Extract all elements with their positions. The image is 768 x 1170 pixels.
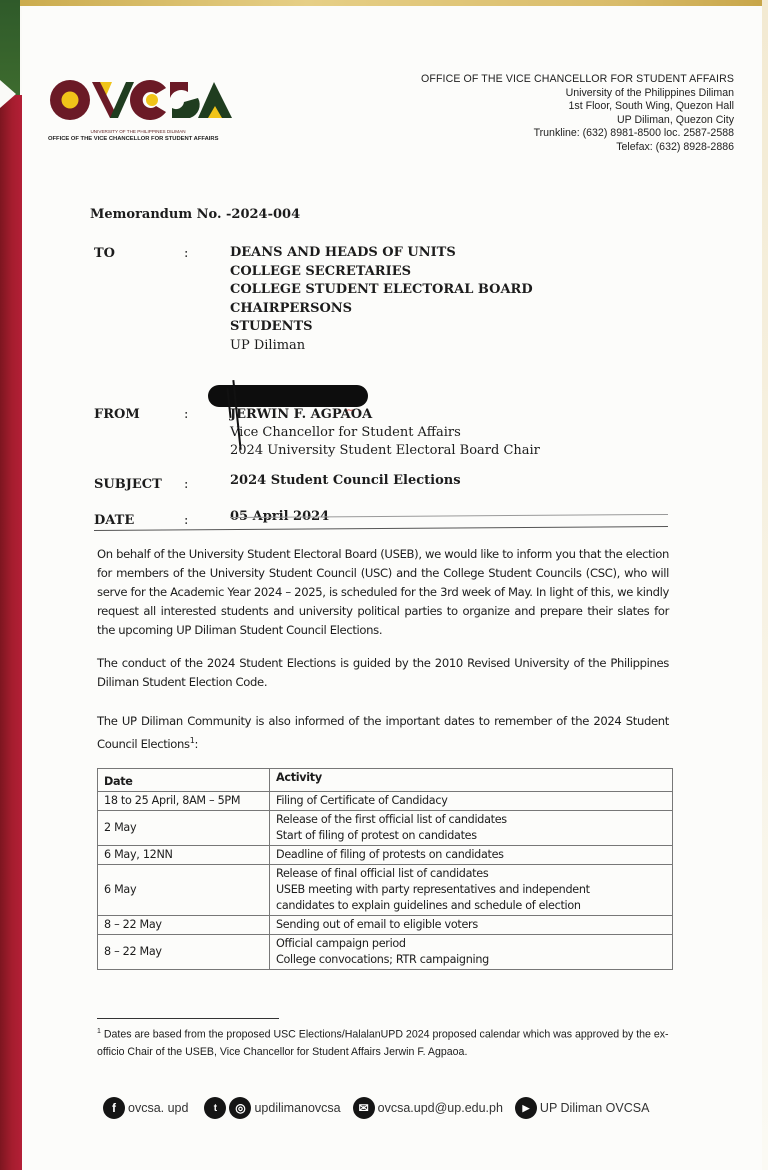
schedule-table: Date Activity 18 to 25 April, 8AM – 5PMF… <box>97 768 673 970</box>
table-row: 18 to 25 April, 8AM – 5PMFiling of Certi… <box>98 792 673 811</box>
cell-activity: Release of final official list of candid… <box>270 865 673 916</box>
paragraph-3-text: The UP Diliman Community is also informe… <box>97 714 669 751</box>
from-details: JERWIN F. AGPAOA Vice Chancellor for Stu… <box>230 406 540 460</box>
logo-office-text: OFFICE OF THE VICE CHANCELLOR FOR STUDEN… <box>48 136 238 142</box>
social-footer: f ovcsa. upd t ◎ updilimanovcsa ✉ ovcsa.… <box>103 1097 661 1119</box>
youtube-channel[interactable]: UP Diliman OVCSA <box>540 1101 650 1115</box>
letterhead-address2: UP Diliman, Quezon City <box>421 114 734 128</box>
letterhead-telefax: Telefax: (632) 8928-2886 <box>421 141 734 155</box>
to-label: TO <box>94 246 174 261</box>
table-row: 2 MayRelease of the first official list … <box>98 811 673 846</box>
youtube-icon[interactable]: ▶ <box>515 1097 537 1119</box>
cell-activity: Official campaign periodCollege convocat… <box>270 935 673 970</box>
table-row: 6 May, 12NNDeadline of filing of protest… <box>98 846 673 865</box>
table-row: 8 – 22 MaySending out of email to eligib… <box>98 916 673 935</box>
recipient: COLLEGE STUDENT ELECTORAL BOARD <box>230 281 533 300</box>
activity-line: Start of filing of protest on candidates <box>276 828 666 844</box>
header-date: Date <box>98 769 270 792</box>
activity-line: Release of the first official list of ca… <box>276 812 666 828</box>
to-recipients: DEANS AND HEADS OF UNITS COLLEGE SECRETA… <box>230 244 533 355</box>
from-title: Vice Chancellor for Student Affairs <box>230 424 540 442</box>
activity-line: Official campaign period <box>276 936 666 952</box>
activity-line: USEB meeting with party representatives … <box>276 882 666 898</box>
recipient: CHAIRPERSONS <box>230 300 533 319</box>
from-title: 2024 University Student Electoral Board … <box>230 442 540 460</box>
cell-activity: Deadline of filing of protests on candid… <box>270 846 673 865</box>
recipient: UP Diliman <box>230 337 533 356</box>
letterhead-trunkline: Trunkline: (632) 8981-8500 loc. 2587-258… <box>421 127 734 141</box>
twitter-icon[interactable]: t <box>204 1097 226 1119</box>
signature-redaction <box>208 385 368 407</box>
cell-date: 6 May <box>98 865 270 916</box>
logo-university-text: UNIVERSITY OF THE PHILIPPINES DILIMAN <box>48 129 228 134</box>
letterhead-address: OFFICE OF THE VICE CHANCELLOR FOR STUDEN… <box>421 73 734 155</box>
cell-date: 6 May, 12NN <box>98 846 270 865</box>
subject-value: 2024 Student Council Elections <box>230 472 461 491</box>
cell-date: 18 to 25 April, 8AM – 5PM <box>98 792 270 811</box>
border-strip-notch <box>0 80 16 108</box>
subject-colon: : <box>184 477 188 492</box>
activity-line: candidates to explain guidelines and sch… <box>276 898 666 914</box>
subject-label: SUBJECT <box>94 477 174 492</box>
body-paragraph-2: The conduct of the 2024 Student Election… <box>97 654 669 692</box>
letterhead-university: University of the Philippines Diliman <box>421 87 734 101</box>
body-paragraph-1: On behalf of the University Student Elec… <box>97 545 669 640</box>
instagram-handle[interactable]: updilimanovcsa <box>254 1101 340 1115</box>
cell-date: 8 – 22 May <box>98 935 270 970</box>
cell-date: 8 – 22 May <box>98 916 270 935</box>
activity-line: Sending out of email to eligible voters <box>276 917 666 933</box>
letterhead-office: OFFICE OF THE VICE CHANCELLOR FOR STUDEN… <box>421 73 734 87</box>
table-row: 6 MayRelease of final official list of c… <box>98 865 673 916</box>
recipient: STUDENTS <box>230 318 533 337</box>
memo-number: Memorandum No. -2024-004 <box>90 207 300 222</box>
recipient: DEANS AND HEADS OF UNITS <box>230 244 533 263</box>
cell-activity: Sending out of email to eligible voters <box>270 916 673 935</box>
paragraph-3-end: : <box>195 737 199 751</box>
initials-mark: ~ <box>346 406 354 416</box>
facebook-icon[interactable]: f <box>103 1097 125 1119</box>
footnote-rule <box>97 1018 279 1019</box>
instagram-icon[interactable]: ◎ <box>229 1097 251 1119</box>
cell-activity: Filing of Certificate of Candidacy <box>270 792 673 811</box>
footnote: 1 Dates are based from the proposed USC … <box>97 1023 669 1061</box>
email-address[interactable]: ovcsa.upd@up.edu.ph <box>378 1101 503 1115</box>
table-row: 8 – 22 MayOfficial campaign periodColleg… <box>98 935 673 970</box>
table-header-row: Date Activity <box>98 769 673 792</box>
facebook-handle[interactable]: ovcsa. upd <box>128 1101 188 1115</box>
activity-line: Filing of Certificate of Candidacy <box>276 793 666 809</box>
date-label: DATE <box>94 513 174 528</box>
footnote-marker: 1 <box>97 1028 101 1035</box>
recipient: COLLEGE SECRETARIES <box>230 263 533 282</box>
from-label: FROM <box>94 407 174 422</box>
cell-activity: Release of the first official list of ca… <box>270 811 673 846</box>
mail-icon[interactable]: ✉ <box>353 1097 375 1119</box>
cell-date: 2 May <box>98 811 270 846</box>
from-colon: : <box>184 407 188 422</box>
body-paragraph-3: The UP Diliman Community is also informe… <box>97 712 669 754</box>
activity-line: Release of final official list of candid… <box>276 866 666 882</box>
header-activity: Activity <box>270 769 673 792</box>
footnote-text: Dates are based from the proposed USC El… <box>97 1029 669 1058</box>
border-strip-red <box>0 95 22 1170</box>
from-name: JERWIN F. AGPAOA <box>230 406 540 424</box>
activity-line: College convocations; RTR campaigning <box>276 952 666 968</box>
ovcsa-logo: UNIVERSITY OF THE PHILIPPINES DILIMAN OF… <box>48 78 238 142</box>
activity-line: Deadline of filing of protests on candid… <box>276 847 666 863</box>
date-colon: : <box>184 513 188 528</box>
paper-right-edge <box>762 0 768 1170</box>
to-colon: : <box>184 246 188 261</box>
ovcsa-logo-mark <box>48 78 232 122</box>
letterhead-address1: 1st Floor, South Wing, Quezon Hall <box>421 100 734 114</box>
